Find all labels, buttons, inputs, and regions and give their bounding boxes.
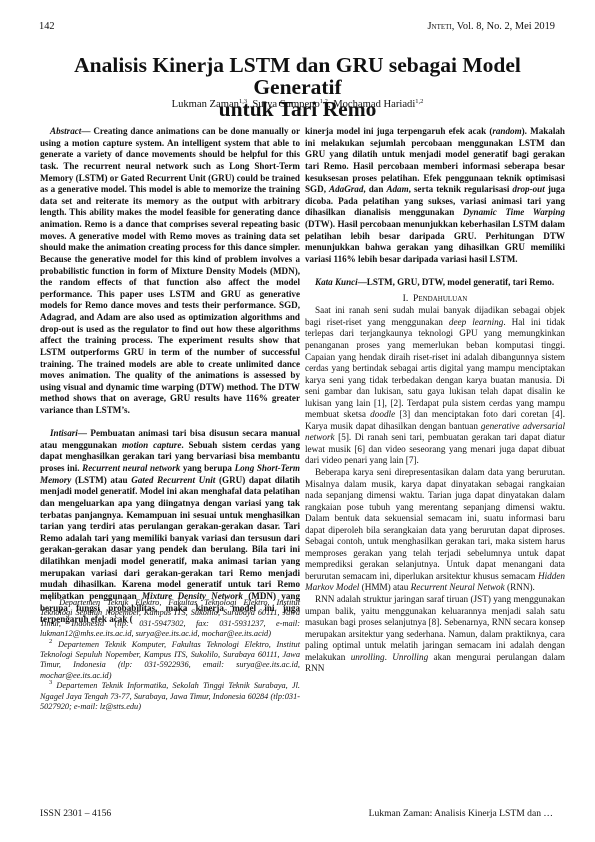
intisari: Intisari— Pembuatan animasi tari bisa di… (40, 428, 300, 626)
author-name: Surya Sumpeno (252, 99, 319, 110)
journal-info: Jnteti, Vol. 8, No. 2, Mei 2019 (427, 21, 555, 32)
keywords-text: —LSTM, GRU, DTW, model generatif, tari R… (358, 277, 554, 287)
section-heading: I. Pendahuluan (305, 293, 565, 305)
author-name: Lukman Zaman (172, 99, 239, 110)
footnote-2: 2 Departemen Teknik Komputer, Fakultas T… (40, 640, 300, 682)
right-column: kinerja model ini juga terpengaruh efek … (305, 126, 565, 675)
keywords: Kata Kunci—LSTM, GRU, DTW, model generat… (305, 277, 565, 289)
author-affiliation: 1,2 (320, 98, 328, 105)
footnote-1: 1 Departemen Teknik Elektro, Fakultas Te… (40, 598, 300, 640)
page-number: 142 (39, 21, 55, 32)
issn: ISSN 2301 – 4156 (40, 808, 111, 819)
footnotes: 1 Departemen Teknik Elektro, Fakultas Te… (40, 598, 300, 712)
footnote-divider (40, 590, 300, 591)
running-title: Lukman Zaman: Analisis Kinerja LSTM dan … (369, 808, 553, 819)
intisari-continued: kinerja model ini juga terpengaruh efek … (305, 126, 565, 266)
left-column: Abstract— Creating dance animations can … (40, 126, 300, 626)
abstract: Abstract— Creating dance animations can … (40, 126, 300, 417)
intro-paragraph-2: Beberapa karya seni direpresentasikan da… (305, 467, 565, 594)
title-line-1: Analisis Kinerja LSTM dan GRU sebagai Mo… (30, 54, 565, 98)
abstract-text: Creating dance animations can be done ma… (40, 126, 300, 415)
footnote-3: 3 Departemen Teknik Informatika, Sekolah… (40, 681, 300, 712)
keywords-label: Kata Kunci (315, 277, 358, 287)
author-affiliation: 1,3 (239, 98, 247, 105)
intro-paragraph-3: RNN adalah struktur jaringan saraf tirua… (305, 594, 565, 675)
journal-name: Jnteti (427, 21, 451, 32)
paper-title: Analisis Kinerja LSTM dan GRU sebagai Mo… (30, 54, 565, 120)
intro-paragraph-1: Saat ini ranah seni sudah mulai banyak d… (305, 305, 565, 467)
intisari-label: Intisari (50, 428, 78, 438)
author-list: Lukman Zaman1,3, Surya Sumpeno1,2, Mocha… (30, 99, 565, 110)
author-affiliation: 1,2 (415, 98, 423, 105)
author-name: Mochamad Hariadi (333, 99, 415, 110)
abstract-label: Abstract (50, 126, 81, 136)
journal-volume: , Vol. 8, No. 2, Mei 2019 (452, 21, 555, 32)
